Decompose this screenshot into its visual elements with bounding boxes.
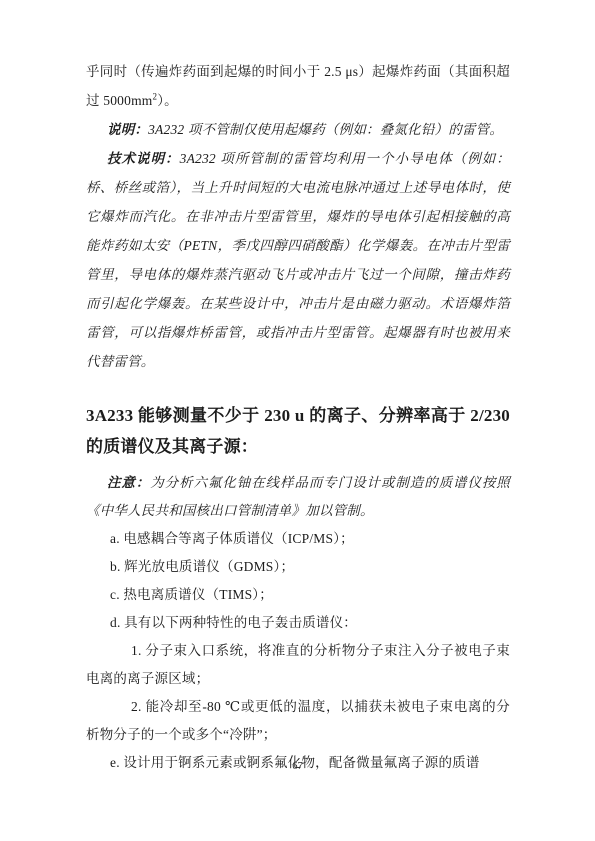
paragraph-text-end: ）。 (157, 93, 178, 108)
note-label: 注意： (107, 475, 150, 490)
list-item-a: a. 电感耦合等离子体质谱仪（ICP/MS）； (86, 525, 510, 553)
list-item-d: d. 具有以下两种特性的电子轰击质谱仪： (86, 609, 510, 637)
list-item-c: c. 热电离质谱仪（TIMS）； (86, 581, 510, 609)
note-text: 3A232 项不管制仅使用起爆药（例如：叠氮化铅）的雷管。 (148, 122, 503, 137)
note-text: 为分析六氟化铀在线样品而专门设计或制造的质谱仪按照《中华人民共和国核出口管制清单… (86, 475, 510, 518)
tech-note-3a232: 技术说明：3A232 项所管制的雷管均利用一个小导电体（例如：桥、桥丝或箔），当… (86, 144, 510, 376)
page-number: 67 (0, 761, 595, 772)
note-3a233: 注意：为分析六氟化铀在线样品而专门设计或制造的质谱仪按照《中华人民共和国核出口管… (86, 469, 510, 525)
document-page: 乎同时（传遍炸药面到起爆的时间小于 2.5 μs）起爆炸药面（其面积超过 500… (0, 0, 595, 841)
page-content: 乎同时（传遍炸药面到起爆的时间小于 2.5 μs）起爆炸药面（其面积超过 500… (86, 57, 510, 777)
note-3a232: 说明：3A232 项不管制仅使用起爆药（例如：叠氮化铅）的雷管。 (86, 115, 510, 144)
paragraph-continuation: 乎同时（传遍炸药面到起爆的时间小于 2.5 μs）起爆炸药面（其面积超过 500… (86, 57, 510, 115)
tech-note-label: 技术说明： (107, 151, 180, 166)
section-heading-3a233: 3A233 能够测量不少于 230 u 的离子、分辨率高于 2/230 的质谱仪… (86, 400, 510, 462)
section-3a233-body: 注意：为分析六氟化铀在线样品而专门设计或制造的质谱仪按照《中华人民共和国核出口管… (86, 469, 510, 777)
list-subitem-2: 2. 能冷却至-80 ℃或更低的温度，以捕获未被电子束电离的分析物分子的一个或多… (86, 693, 510, 749)
list-subitem-1: 1. 分子束入口系统，将准直的分析物分子束注入分子被电子束电离的离子源区域； (86, 637, 510, 693)
note-label: 说明： (107, 122, 148, 137)
list-item-b: b. 辉光放电质谱仪（GDMS）； (86, 553, 510, 581)
paragraph-text: 乎同时（传遍炸药面到起爆的时间小于 2.5 μs）起爆炸药面（其面积超过 500… (86, 64, 510, 108)
tech-note-text: 3A232 项所管制的雷管均利用一个小导电体（例如：桥、桥丝或箔），当上升时间短… (86, 151, 510, 369)
